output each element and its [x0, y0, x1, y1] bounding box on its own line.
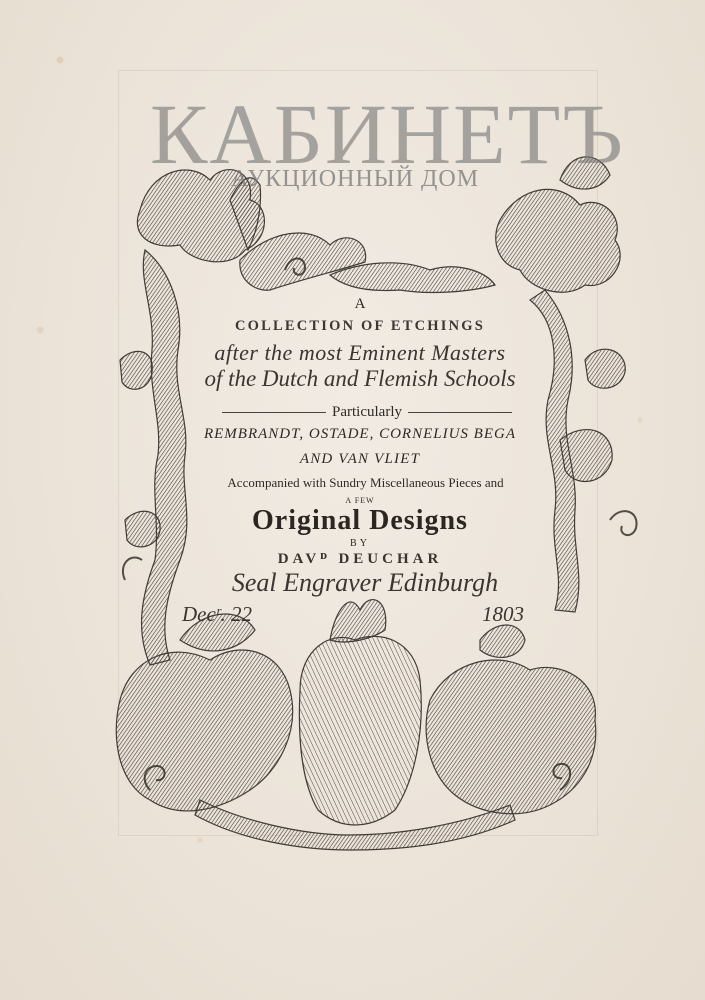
title-article: A: [180, 296, 540, 313]
rule-left: [222, 412, 326, 413]
a-few-label: A FEW: [180, 496, 540, 505]
artists-line-2: AND VAN VLIET: [180, 451, 540, 468]
author-occupation-place: Seal Engraver Edinburgh: [170, 568, 560, 598]
title-collection-of-etchings: COLLECTION OF ETCHINGS: [180, 318, 540, 335]
by-label: BY: [180, 538, 540, 549]
date-year: 1803: [482, 602, 524, 627]
accompanied-line: Accompanied with Sundry Miscellaneous Pi…: [198, 475, 533, 491]
particularly-rule: Particularly: [222, 404, 512, 421]
original-designs-title: Original Designs: [180, 505, 540, 537]
artists-line-1: REMBRANDT, OSTADE, CORNELIUS BEGA: [180, 426, 540, 443]
author-name: DAVᴰ DEUCHAR: [180, 551, 540, 568]
title-after-masters: after the most Eminent Masters: [180, 340, 540, 366]
particularly-label: Particularly: [332, 404, 402, 421]
rule-right: [408, 412, 512, 413]
date-day-month: Decʳ. 22: [182, 602, 252, 627]
title-dutch-flemish-schools: of the Dutch and Flemish Schools: [180, 366, 540, 392]
